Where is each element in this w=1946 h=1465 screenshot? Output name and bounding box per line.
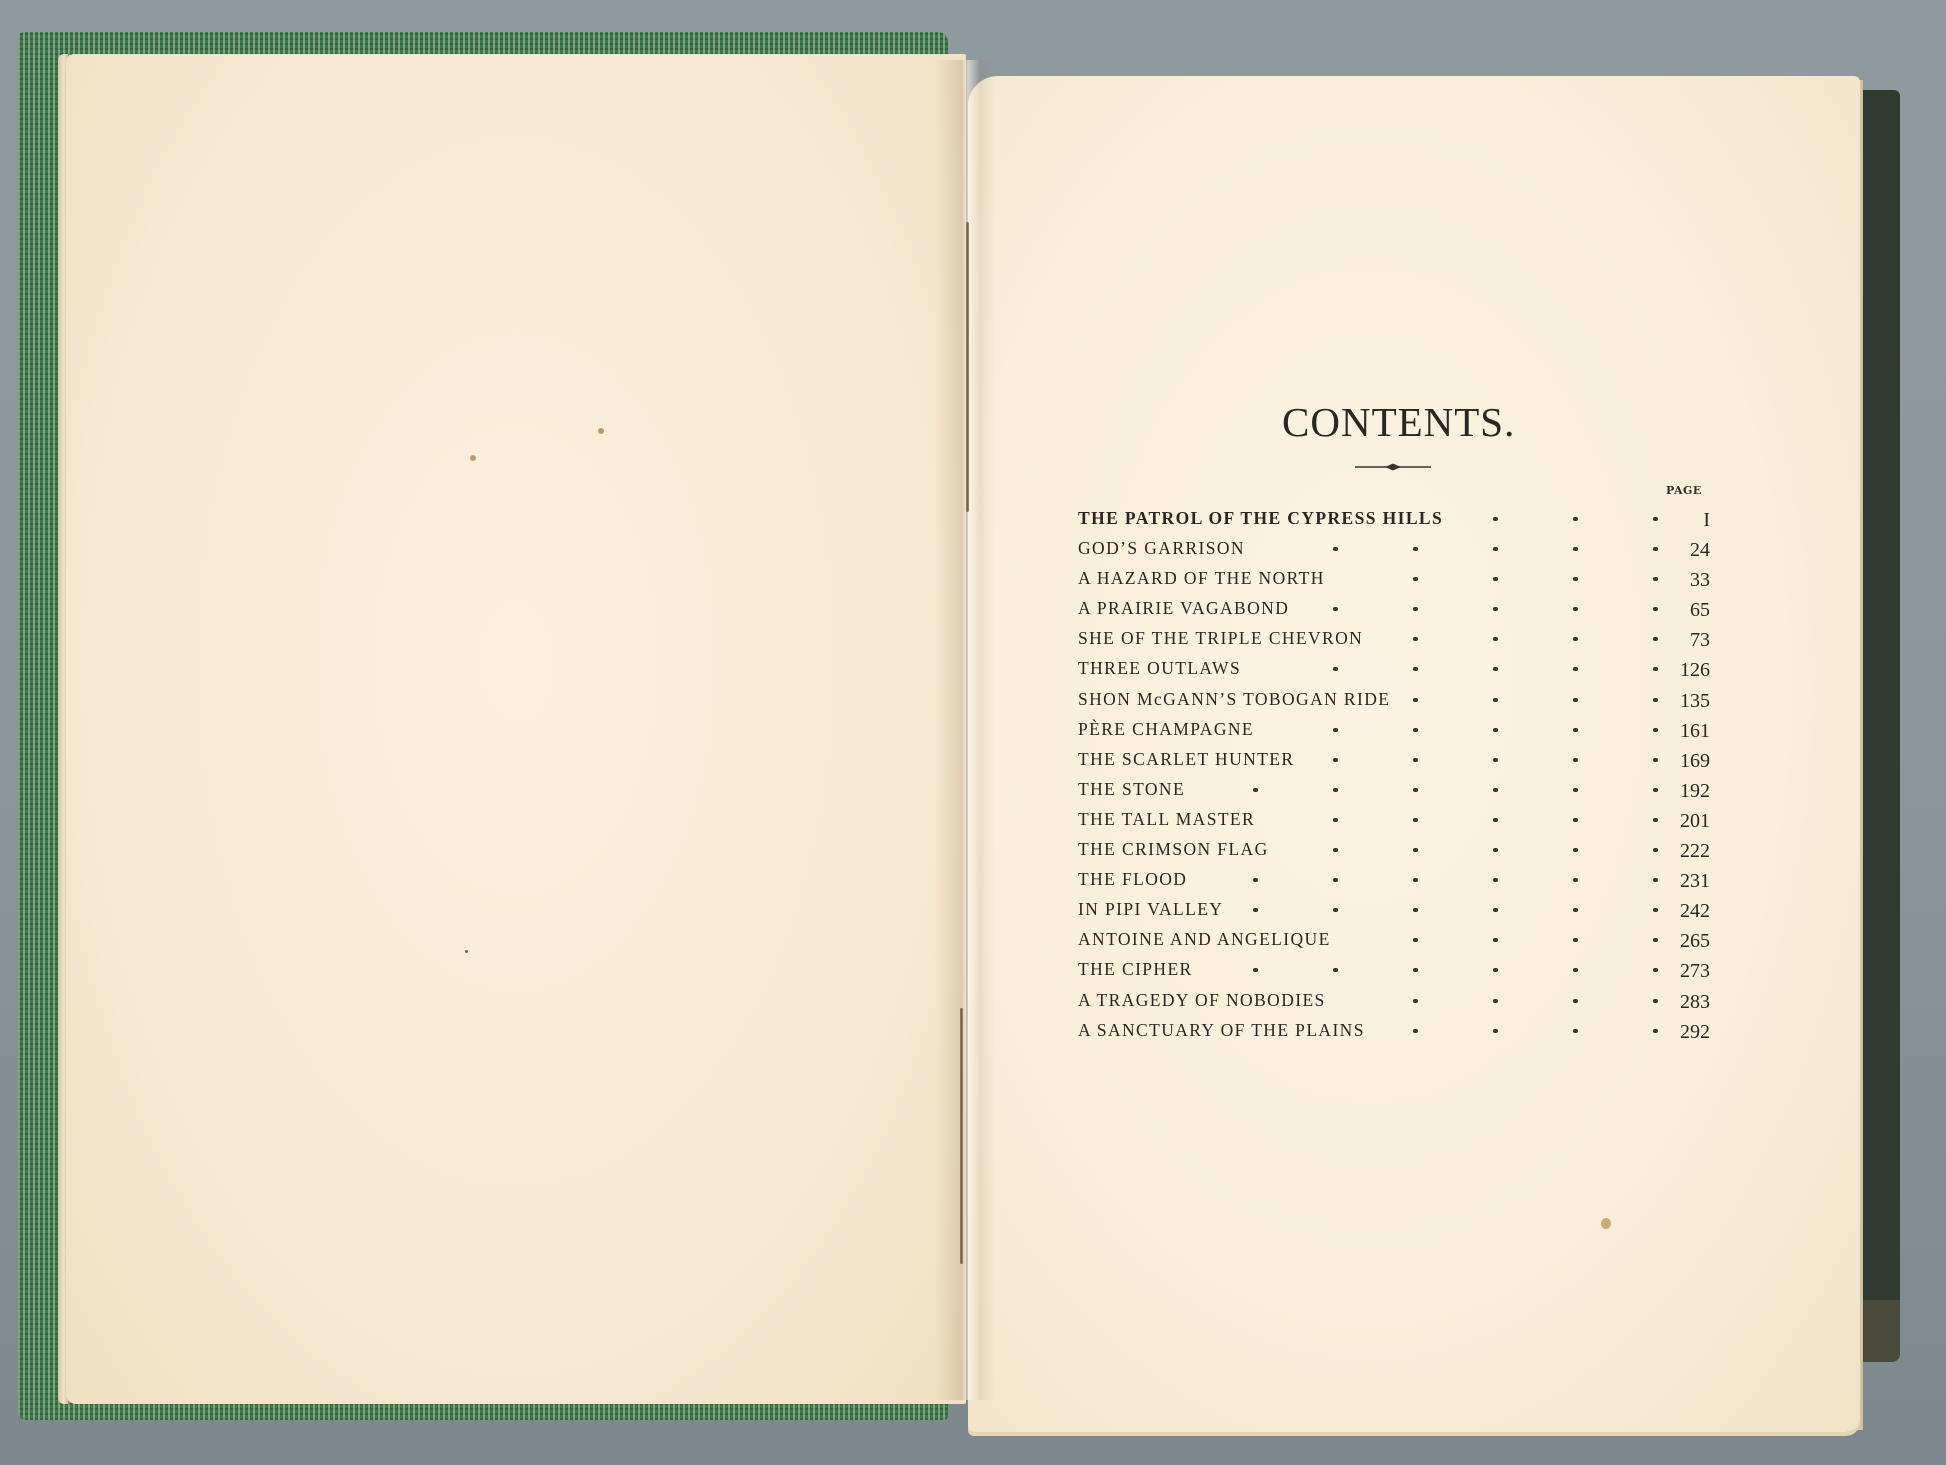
paper-speck [465, 950, 468, 953]
paper-speck [598, 428, 604, 434]
toc-entry-page: 135 [1650, 686, 1710, 716]
toc-entry: ANTOINE AND ANGELIQUE265 [1078, 924, 1710, 954]
toc-entry: THE SCARLET HUNTER169 [1078, 744, 1710, 774]
toc-entry: A PRAIRIE VAGABOND65 [1078, 593, 1710, 623]
leader-dots [1078, 653, 1658, 683]
toc-entry-page: 24 [1650, 535, 1710, 565]
toc-entry: PÈRE CHAMPAGNE161 [1078, 714, 1710, 744]
leader-dots [1078, 593, 1658, 623]
toc-entry: THE TALL MASTER201 [1078, 804, 1710, 834]
toc-entry: IN PIPI VALLEY242 [1078, 894, 1710, 924]
leader-dots [1078, 954, 1658, 984]
leader-dots [1078, 503, 1658, 533]
toc-entry-page: 65 [1650, 595, 1710, 625]
leader-dots [1078, 744, 1658, 774]
toc-entry: A SANCTUARY OF THE PLAINS292 [1078, 1015, 1710, 1045]
leader-dots [1078, 684, 1658, 714]
toc-entry-page: 273 [1650, 956, 1710, 986]
leader-dots [1078, 985, 1658, 1015]
ornament-divider-icon [1355, 463, 1431, 471]
leader-dots [1078, 533, 1658, 563]
left-page-blank [66, 54, 966, 1404]
leader-dots [1078, 894, 1658, 924]
leader-dots [1078, 563, 1658, 593]
toc-entry-page: 201 [1650, 806, 1710, 836]
toc-entry-page: 126 [1650, 655, 1710, 685]
toc-entry-page: 161 [1650, 716, 1710, 746]
toc-entry-page: 192 [1650, 776, 1710, 806]
toc-entry-page: 169 [1650, 746, 1710, 776]
leader-dots [1078, 774, 1658, 804]
toc-entry: THE PATROL OF THE CYPRESS HILLSI [1078, 503, 1710, 533]
toc-entry-page: 265 [1650, 926, 1710, 956]
paper-speck [1601, 1218, 1611, 1229]
toc-entry: A TRAGEDY OF NOBODIES283 [1078, 985, 1710, 1015]
toc-entry: A HAZARD OF THE NORTH33 [1078, 563, 1710, 593]
leader-dots [1078, 623, 1658, 653]
toc-entry-page: 283 [1650, 987, 1710, 1017]
toc-entry-page: 33 [1650, 565, 1710, 595]
toc-entry: THE CIPHER273 [1078, 954, 1710, 984]
table-of-contents: THE PATROL OF THE CYPRESS HILLSIGOD’S GA… [1078, 503, 1710, 1045]
page-column-label: PAGE [1666, 484, 1702, 497]
toc-entry: THE FLOOD231 [1078, 864, 1710, 894]
toc-entry-page: 292 [1650, 1017, 1710, 1047]
paper-speck [470, 455, 476, 461]
toc-entry-page: 222 [1650, 836, 1710, 866]
toc-entry: THREE OUTLAWS126 [1078, 653, 1710, 683]
binding-thread-lower [960, 1008, 963, 1264]
leader-dots [1078, 864, 1658, 894]
leader-dots [1078, 924, 1658, 954]
leader-dots [1078, 834, 1658, 864]
leader-dots [1078, 714, 1658, 744]
leader-dots [1078, 804, 1658, 834]
toc-entry: SHE OF THE TRIPLE CHEVRON73 [1078, 623, 1710, 653]
toc-entry-page: I [1650, 505, 1710, 535]
leader-dots [1078, 1015, 1658, 1045]
book-gutter [935, 60, 995, 1400]
toc-entry: SHON McGANN’S TOBOGAN RIDE135 [1078, 684, 1710, 714]
toc-entry: THE STONE192 [1078, 774, 1710, 804]
toc-entry-page: 231 [1650, 866, 1710, 896]
binding-thread-upper [966, 222, 969, 512]
toc-entry: GOD’S GARRISON24 [1078, 533, 1710, 563]
toc-entry: THE CRIMSON FLAG222 [1078, 834, 1710, 864]
toc-entry-page: 242 [1650, 896, 1710, 926]
contents-heading: CONTENTS. [1282, 398, 1512, 446]
toc-entry-page: 73 [1650, 625, 1710, 655]
